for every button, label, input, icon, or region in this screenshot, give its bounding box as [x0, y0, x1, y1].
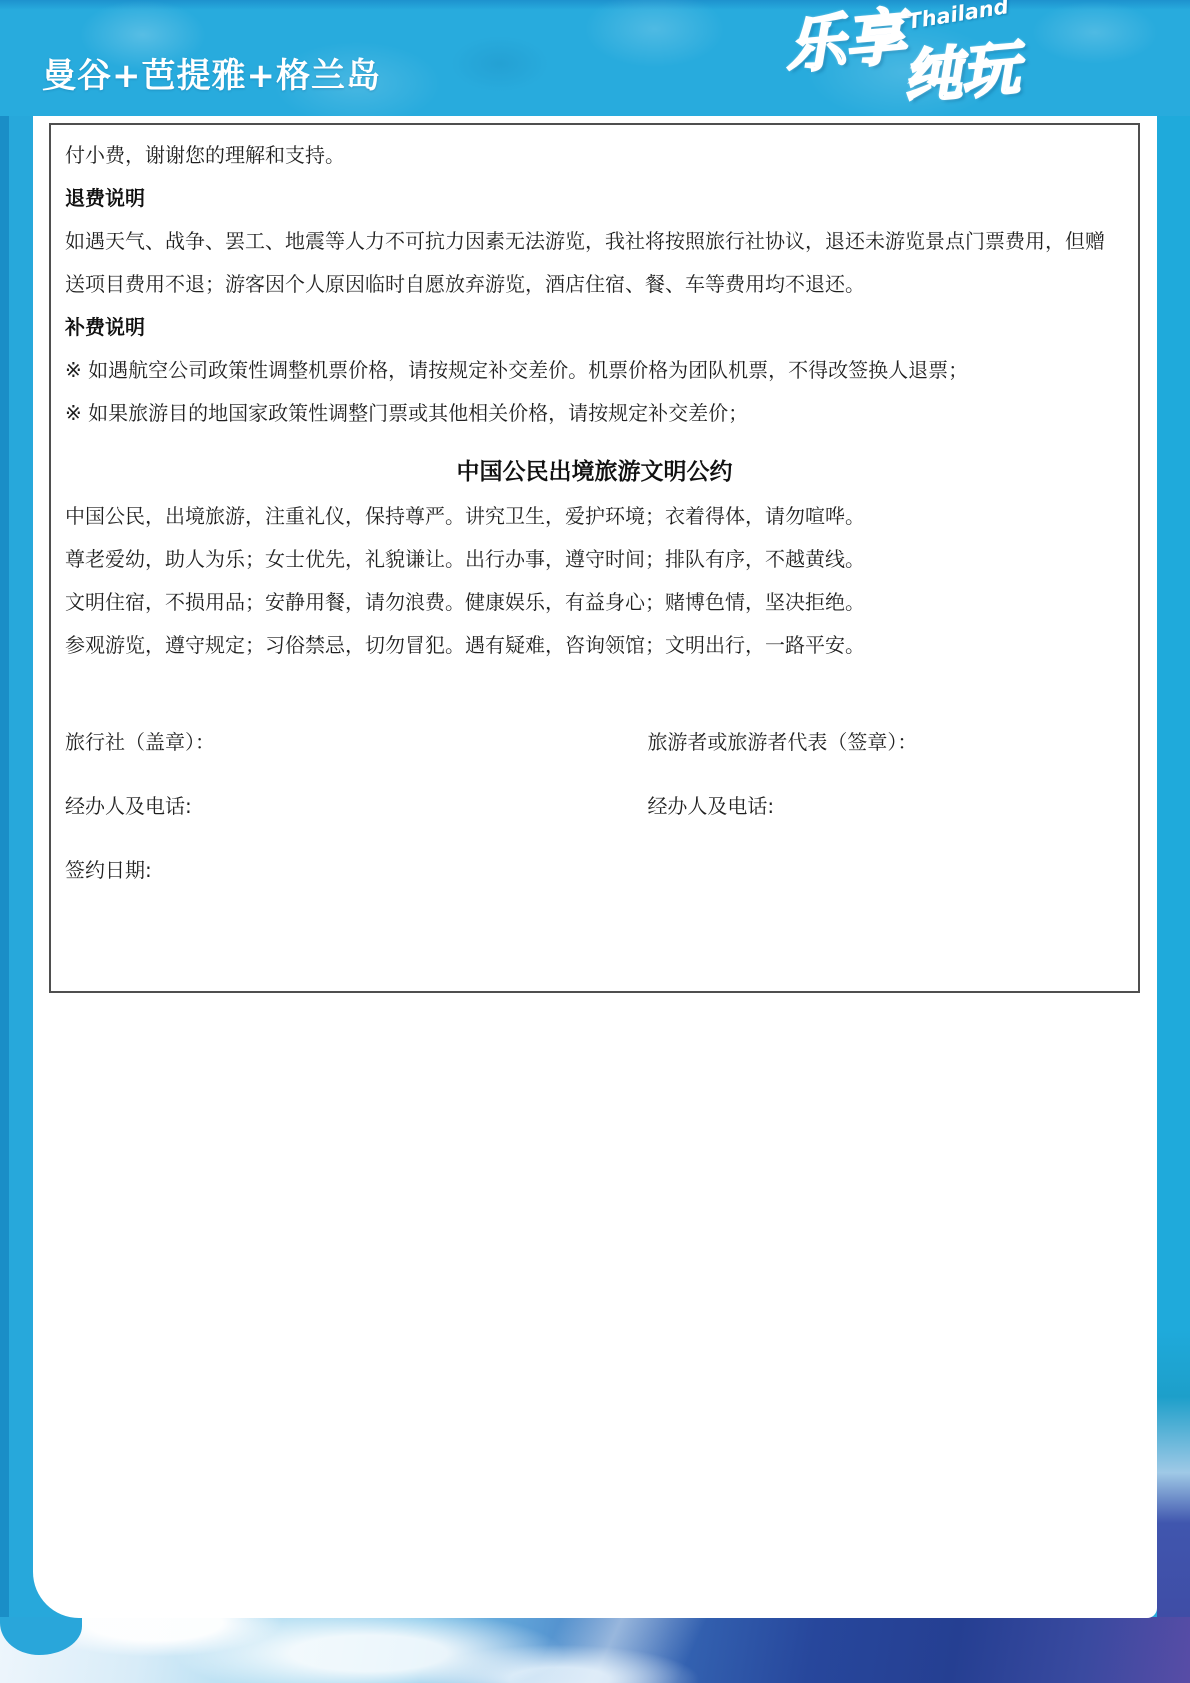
refund-text: 如遇天气、战争、罢工、地震等人力不可抗力因素无法游览，我社将按照旅行社协议，退还…: [65, 220, 1124, 306]
signature-row-stamp: 旅行社（盖章）： 旅游者或旅游者代表（签章）：: [65, 721, 1124, 764]
sign-date-label: 签约日期:: [65, 849, 647, 892]
agency-stamp-label: 旅行社（盖章）：: [65, 721, 647, 764]
frame-right-strip: [1157, 0, 1190, 1683]
bottom-decorative-band: [0, 1617, 1190, 1683]
convention-line: 中国公民，出境旅游，注重礼仪，保持尊严。讲究卫生，爱护环境；衣着得体，请勿喧哗。: [65, 495, 1124, 538]
surcharge-heading: 补费说明: [65, 306, 1124, 349]
logo-text-thailand: Thailand: [906, 0, 1010, 33]
signature-row-date: 签约日期:: [65, 849, 1124, 892]
brand-logo: 乐享 Thailand 纯玩: [785, 4, 1047, 110]
logo-text-lexiang: 乐享: [783, 7, 908, 77]
surcharge-item: ※ 如果旅游目的地国家政策性调整门票或其他相关价格，请按规定补交差价；: [65, 392, 1124, 435]
logo-text-chunwan: 纯玩: [901, 39, 1022, 107]
convention-title: 中国公民出境旅游文明公约: [65, 449, 1124, 495]
traveler-sign-label: 旅游者或旅游者代表（签章）：: [647, 721, 1124, 764]
convention-line: 尊老爱幼，助人为乐；女士优先，礼貌谦让。出行办事，遵守时间；排队有序，不越黄线。: [65, 538, 1124, 581]
intro-line: 付小费，谢谢您的理解和支持。: [65, 134, 1124, 177]
convention-line: 文明住宿，不损用品；安静用餐，请勿浪费。健康娱乐，有益身心；赌博色情，坚决拒绝。: [65, 581, 1124, 624]
page-title: 曼谷+芭提雅+格兰岛: [42, 48, 381, 97]
signature-row-agent-phone: 经办人及电话: 经办人及电话:: [65, 785, 1124, 828]
document-box: 付小费，谢谢您的理解和支持。 退费说明 如遇天气、战争、罢工、地震等人力不可抗力…: [49, 123, 1140, 993]
document-page: 付小费，谢谢您的理解和支持。 退费说明 如遇天气、战争、罢工、地震等人力不可抗力…: [33, 116, 1157, 1618]
refund-heading: 退费说明: [65, 177, 1124, 220]
agent-phone-right-label: 经办人及电话:: [647, 785, 1124, 828]
agent-phone-left-label: 经办人及电话:: [65, 785, 647, 828]
frame-left-edge: [0, 0, 9, 1620]
convention-line: 参观游览，遵守规定；习俗禁忌，切勿冒犯。遇有疑难，咨询领馆；文明出行，一路平安。: [65, 624, 1124, 667]
surcharge-item: ※ 如遇航空公司政策性调整机票价格，请按规定补交差价。机票价格为团队机票，不得改…: [65, 349, 1124, 392]
